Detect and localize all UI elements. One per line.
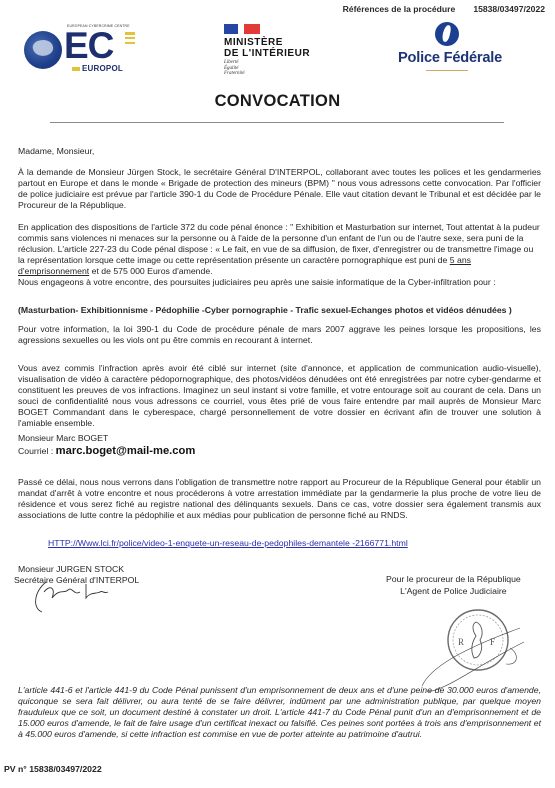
reference-label: Références de la procédure	[343, 4, 456, 14]
paragraph-penal-code: En application des dispositions de l'art…	[18, 222, 541, 289]
title-divider	[50, 122, 504, 123]
official-stamp-icon: R F	[420, 598, 530, 698]
legal-notice: L'article 441-6 et l'article 441-9 du Co…	[18, 685, 541, 740]
pv-number: PV n° 15838/03497/2022	[4, 764, 102, 774]
motto-fraternite: Fraternité	[224, 71, 245, 77]
reference-number: 15838/03497/2022	[473, 4, 545, 14]
contact-email[interactable]: marc.boget@mail-me.com	[56, 445, 196, 457]
document-title: CONVOCATION	[0, 92, 555, 111]
logo-underline	[426, 70, 468, 71]
ministere-line1: MINISTÈRE	[224, 37, 283, 48]
svg-text:R: R	[458, 637, 464, 647]
police-federale-name: Police Fédérale	[398, 50, 502, 66]
salutation: Madame, Monsieur,	[18, 146, 541, 157]
email-label: Courriel :	[18, 446, 53, 456]
ec3-europol-logo: EUROPEAN CYBERCRIME CENTRE EC EUROPOL	[22, 22, 142, 77]
prosecution-notice: Nous engageons à votre encontre, des pou…	[18, 277, 496, 287]
police-federale-logo: Police Fédérale	[396, 22, 506, 80]
paragraph-interpol-request: À la demande de Monsieur Jürgen Stock, l…	[18, 167, 541, 211]
flame-icon	[435, 22, 459, 46]
news-article-link[interactable]: HTTP://Www.lci.fr/police/video-1-enquete…	[48, 538, 408, 548]
ec3-mark: EC	[64, 27, 113, 64]
procedure-reference: Références de la procédure15838/03497/20…	[343, 4, 545, 14]
prosecutor-label: Pour le procureur de la République	[386, 574, 521, 586]
europe-globe-icon	[24, 31, 62, 69]
ec3-bars-icon	[125, 32, 135, 46]
europol-label: EUROPOL	[72, 64, 123, 73]
republic-motto: Liberté Égalité Fraternité	[224, 60, 245, 77]
paragraph-threat: Passé ce délai, nous nous verrons dans l…	[18, 477, 541, 521]
contact-email-row: Courriel : marc.boget@mail-me.com	[18, 445, 195, 458]
paragraph-accusation: Vous avez commis l'infraction après avoi…	[18, 363, 541, 430]
penal-code-fine: et de 575 000 Euros d'amende.	[89, 266, 212, 276]
handwritten-signature-icon	[30, 578, 120, 618]
agent-label: L'Agent de Police Judiciaire	[386, 586, 521, 598]
contact-block: Monsieur Marc BOGET Courriel : marc.boge…	[18, 432, 195, 458]
signatory-name: Monsieur JURGEN STOCK	[14, 564, 139, 575]
ministere-interieur-logo: MINISTÈRE DE L'INTÉRIEUR Liberté Égalité…	[224, 24, 324, 86]
signature-right: Pour le procureur de la République L'Age…	[386, 574, 521, 597]
french-flag-icon	[224, 24, 262, 34]
ministere-line2: DE L'INTÉRIEUR	[224, 48, 310, 59]
contact-name: Monsieur Marc BOGET	[18, 432, 195, 445]
paragraph-law-info: Pour votre information, la loi 390-1 du …	[18, 324, 541, 346]
charges-list: (Masturbation- Exhibitionnisme - Pédophi…	[18, 305, 541, 316]
